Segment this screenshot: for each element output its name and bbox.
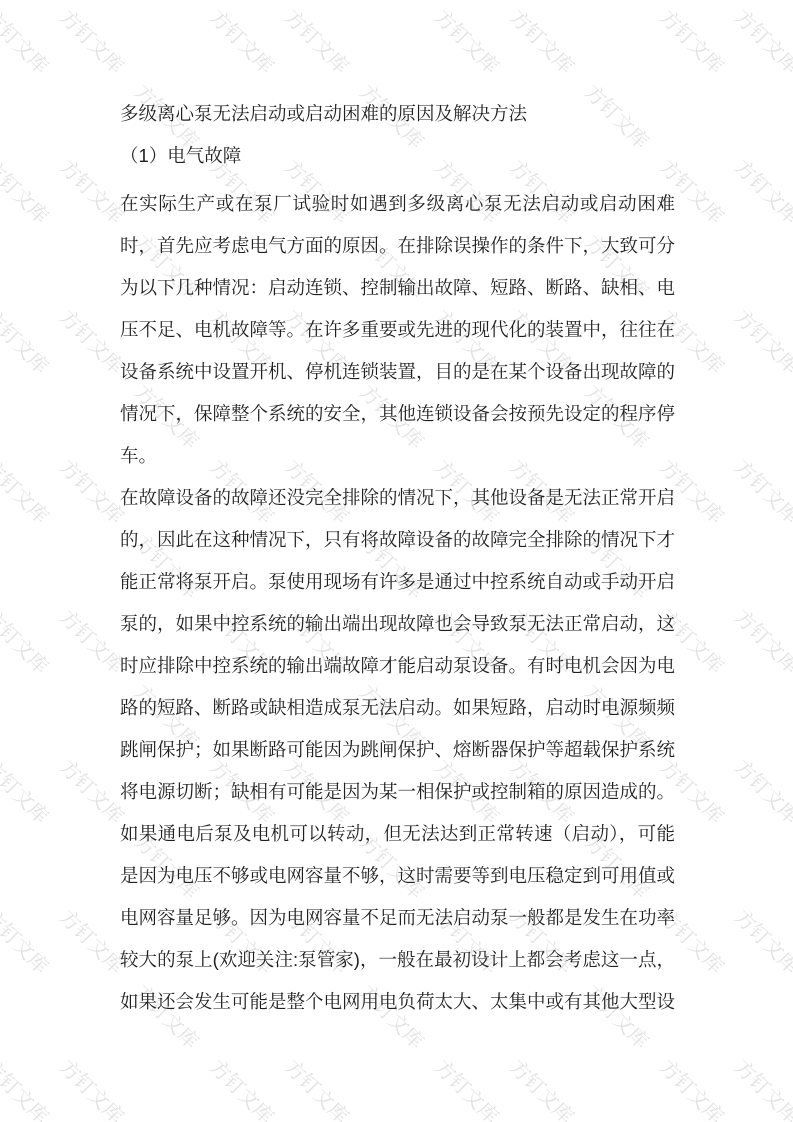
watermark-text: 方钉文库 <box>0 602 57 679</box>
watermark-text: 方钉文库 <box>654 1052 731 1122</box>
watermark-text: 方钉文库 <box>729 1052 793 1122</box>
watermark-text: 方钉文库 <box>0 1052 57 1122</box>
watermark-text: 方钉文库 <box>0 752 57 829</box>
watermark-text: 方钉文库 <box>429 2 506 79</box>
paragraph: 在故障设备的故障还没完全排除的情况下，其他设备是无法正常开启的，因此在这种情况下… <box>120 477 675 1023</box>
watermark-text: 方钉文库 <box>0 902 57 979</box>
watermark-text: 方钉文库 <box>0 452 57 529</box>
document-title: 多级离心泵无法启动或启动困难的原因及解决方法 <box>120 93 675 135</box>
watermark-text: 方钉文库 <box>279 2 356 79</box>
watermark-text: 方钉文库 <box>0 302 57 379</box>
watermark-text: 方钉文库 <box>729 152 793 229</box>
watermark-text: 方钉文库 <box>279 1052 356 1122</box>
section-heading: （1）电气故障 <box>120 135 675 177</box>
watermark-text: 方钉文库 <box>429 1052 506 1122</box>
watermark-text: 方钉文库 <box>0 152 57 229</box>
watermark-text: 方钉文库 <box>729 602 793 679</box>
paragraph: 在实际生产或在泵厂试验时如遇到多级离心泵无法启动或启动困难时，首先应考虑电气方面… <box>120 183 675 477</box>
watermark-text: 方钉文库 <box>729 902 793 979</box>
watermark-text: 方钉文库 <box>654 2 731 79</box>
document-content: 多级离心泵无法启动或启动困难的原因及解决方法 （1）电气故障 在实际生产或在泵厂… <box>120 93 675 1023</box>
watermark-text: 方钉文库 <box>54 2 131 79</box>
document-page: 方钉文库方钉文库方钉文库方钉文库方钉文库方钉文库方钉文库方钉文库方钉文库方钉文库… <box>0 0 793 1122</box>
watermark-text: 方钉文库 <box>729 452 793 529</box>
watermark-text: 方钉文库 <box>729 302 793 379</box>
watermark-text: 方钉文库 <box>729 2 793 79</box>
watermark-text: 方钉文库 <box>204 1052 281 1122</box>
watermark-text: 方钉文库 <box>504 2 581 79</box>
watermark-text: 方钉文库 <box>729 752 793 829</box>
watermark-text: 方钉文库 <box>54 1052 131 1122</box>
watermark-text: 方钉文库 <box>0 2 57 79</box>
watermark-text: 方钉文库 <box>504 1052 581 1122</box>
watermark-text: 方钉文库 <box>204 2 281 79</box>
